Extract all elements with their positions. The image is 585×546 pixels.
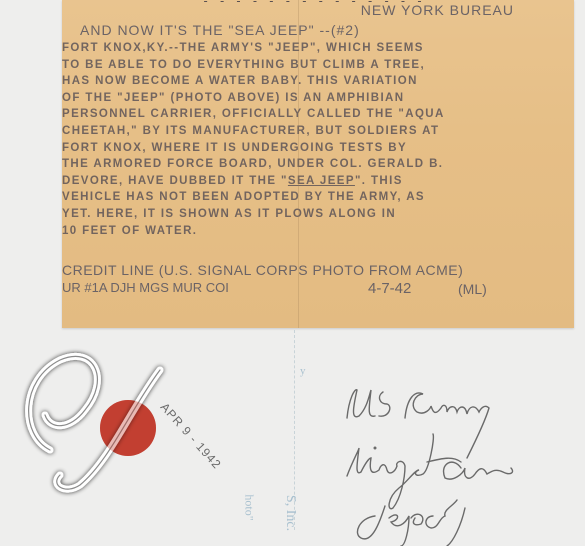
caption-date: 4-7-42 (368, 280, 411, 297)
press-caption-clipping: - - - - - - - - - - - - - - NEW YORK BUR… (62, 0, 574, 328)
underlined-nickname: SEA JEEP (288, 175, 355, 187)
handwritten-note (335, 378, 585, 546)
caption-line: OF THE "JEEP" (PHOTO ABOVE) IS AN AMPHIB… (62, 90, 562, 107)
caption-line: YET. HERE, IT IS SHOWN AS IT PLOWS ALONG… (62, 206, 562, 223)
caption-line: FORT KNOX,KY.--THE ARMY'S "JEEP", WHICH … (62, 40, 562, 57)
caption-headline: AND NOW IT'S THE "SEA JEEP" --(#2) (80, 22, 360, 38)
faint-stamp-text: S, Inc. (282, 495, 298, 531)
faint-stamp-text: y (300, 365, 306, 377)
caption-initials: (ML) (458, 281, 487, 297)
caption-line: FORT KNOX, WHERE IT IS UNDERGOING TESTS … (62, 140, 562, 157)
caption-line: PERSONNEL CARRIER, OFFICIALLY CALLED THE… (62, 106, 562, 123)
caption-line: CHEETAH," BY ITS MANUFACTURER, BUT SOLDI… (62, 123, 562, 140)
slug-line: UR #1A DJH MGS MUR COI (62, 280, 229, 295)
caption-line: 10 FEET OF WATER. (62, 223, 562, 240)
caption-line: TO BE ABLE TO DO EVERYTHING BUT CLIMB A … (62, 57, 562, 74)
caption-line: VEHICLE HAS NOT BEEN ADOPTED BY THE ARMY… (62, 189, 562, 206)
caption-body: FORT KNOX,KY.--THE ARMY'S "JEEP", WHICH … (62, 40, 562, 239)
faint-stamp-text: hoto" (242, 494, 257, 520)
watermark-logo-icon (10, 340, 170, 500)
caption-line: HAS NOW BECOME A WATER BABY. THIS VARIAT… (62, 73, 562, 90)
caption-line: DEVORE, HAVE DUBBED IT THE "SEA JEEP". T… (62, 173, 562, 190)
caption-line: THE ARMORED FORCE BOARD, UNDER COL. GERA… (62, 156, 562, 173)
credit-line: CREDIT LINE (U.S. SIGNAL CORPS PHOTO FRO… (62, 262, 463, 278)
bureau-label: NEW YORK BUREAU (361, 2, 514, 18)
